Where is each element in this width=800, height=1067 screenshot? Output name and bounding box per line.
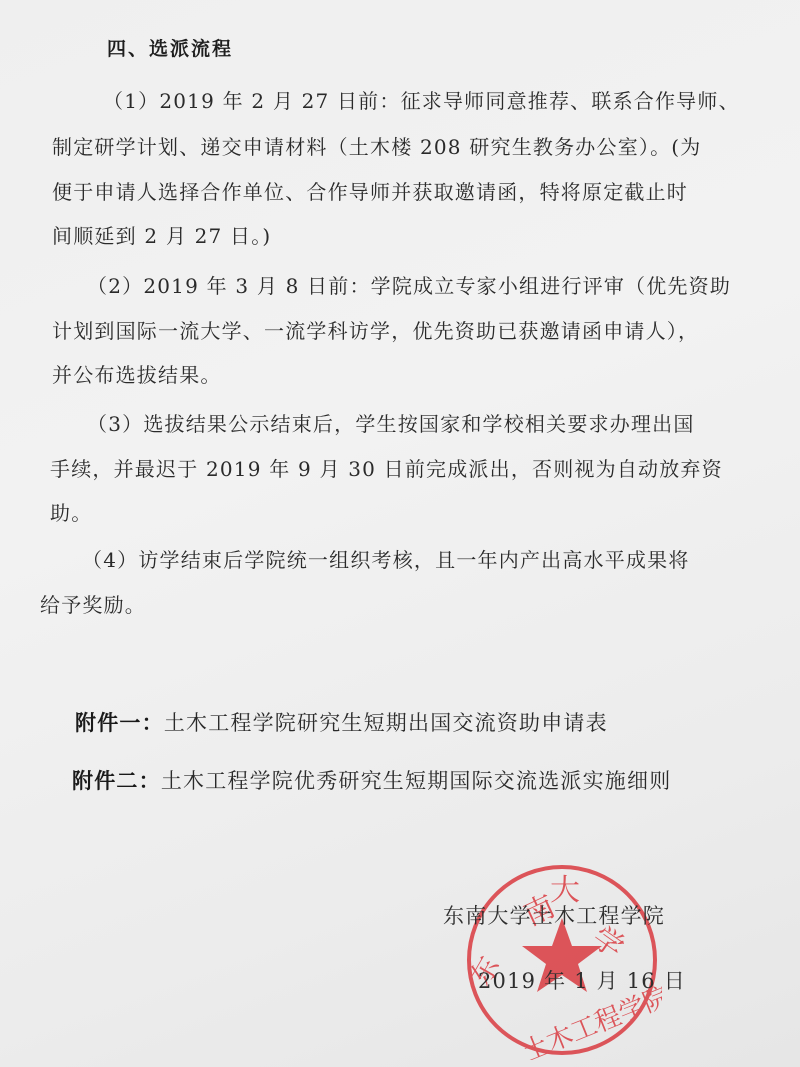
step-2-line-3: 并公布选拔结果。: [52, 362, 222, 388]
step-1-line-3: 便于申请人选择合作单位、合作导师并获取邀请函，特将原定截止时: [52, 179, 688, 205]
signature-organization: 东南大学土木工程学院: [443, 903, 665, 929]
attachment-2-title: 土木工程学院优秀研究生短期国际交流选派实施细则: [161, 769, 672, 793]
section-heading: 四、选派流程: [107, 36, 233, 62]
step-1-line-4: 间顺延到 2 月 27 日。): [52, 223, 271, 249]
attachment-1-label: 附件一：: [75, 711, 164, 735]
document-page: 四、选派流程 （1）2019 年 2 月 27 日前：征求导师同意推荐、联系合作…: [0, 0, 800, 1067]
attachment-1: 附件一：土木工程学院研究生短期出国交流资助申请表: [75, 710, 608, 736]
step-3-line-3: 助。: [50, 500, 92, 526]
step-1-line-1: （1）2019 年 2 月 27 日前：征求导师同意推荐、联系合作导师、: [103, 88, 740, 114]
step-4-line-1: （4）访学结束后学院统一组织考核，且一年内产出高水平成果将: [82, 547, 690, 573]
official-seal-stamp: 南 大 学 东 土木工程学院: [462, 860, 662, 1060]
attachment-1-title: 土木工程学院研究生短期出国交流资助申请表: [164, 711, 608, 735]
signature-date: 2019 年 1 月 16 日: [478, 968, 686, 994]
attachment-2: 附件二：土木工程学院优秀研究生短期国际交流选派实施细则: [72, 768, 671, 794]
attachment-2-label: 附件二：: [72, 769, 161, 793]
step-2-line-2: 计划到国际一流大学、一流学科访学，优先资助已获邀请函申请人），: [52, 318, 699, 344]
step-3-line-1: （3）选拔结果公示结束后，学生按国家和学校相关要求办理出国: [87, 411, 695, 437]
step-1-line-2: 制定研学计划、递交申请材料（土木楼 208 研究生教务办公室）。(为: [52, 134, 702, 160]
step-2-line-1: （2）2019 年 3 月 8 日前：学院成立专家小组进行评审（优先资助: [87, 273, 731, 299]
step-3-line-2: 手续，并最迟于 2019 年 9 月 30 日前完成派出，否则视为自动放弃资: [50, 456, 723, 482]
step-4-line-2: 给予奖励。: [40, 592, 146, 618]
